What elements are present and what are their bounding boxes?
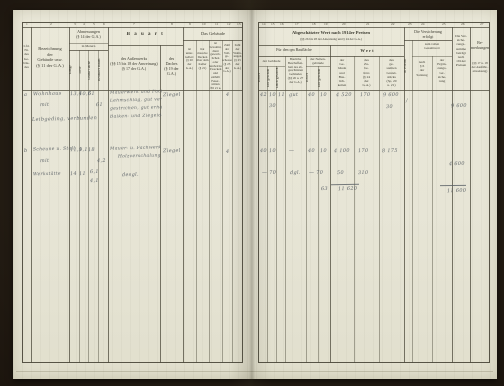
handwritten-entry: 10 — [320, 92, 327, 98]
grid-line — [258, 27, 490, 28]
scanned-ledger-screenshot: Lfd. Nr. des Ge- bäu- des Bezeichnung de… — [0, 0, 504, 386]
column-number: 13 — [237, 22, 241, 26]
header-qm-bauflaeche: Für den qm Baufläche — [258, 47, 330, 55]
handwritten-entry: 4 100 — [334, 148, 350, 154]
grid-line — [412, 56, 452, 57]
column-number: 12 — [227, 22, 231, 26]
grid-line — [318, 66, 319, 363]
header-bemerkungen: Be- merkungen — [470, 40, 490, 52]
grid-line — [285, 56, 286, 363]
column-number: 9 — [189, 22, 191, 26]
handwritten-entry: Ziegel — [163, 148, 181, 154]
grid-line — [258, 45, 404, 46]
handwritten-entry: a — [24, 92, 27, 98]
grid-line — [432, 56, 433, 363]
header-wert-group: W e r t — [330, 48, 404, 55]
header-gebaeude-col-1: ist unter- kellert (§ 20 der G.A.) — [183, 48, 196, 88]
column-number: 4 — [83, 22, 85, 26]
header-versicherung-col-2: der Ergän- zungs- ver- siche- rung — [432, 58, 452, 89]
header-lfd-nr: Lfd. Nr. des Ge- bäu- des — [22, 44, 31, 88]
column-number: 15 — [271, 22, 275, 26]
handwritten-entry: 170 — [360, 92, 371, 98]
grid-line — [276, 66, 277, 363]
column-number: 21 — [366, 22, 370, 26]
handwritten-entry: 9,1 — [79, 147, 88, 153]
column-number: 2 — [50, 22, 52, 26]
handwritten-entry: 4 520 — [336, 92, 352, 98]
header-bauart: B a u a r t — [108, 32, 183, 42]
handwritten-entry: 10 — [320, 148, 327, 154]
header-wert-ref: (§§ 26 bis 28 der Anweisung und § 24 der… — [258, 38, 404, 44]
handwritten-entry: 8 175 — [382, 148, 398, 154]
column-number: 7 — [133, 22, 135, 26]
handwritten-entry: desgl. — [122, 172, 139, 178]
handwritten-entry: Ziegel — [163, 92, 181, 98]
column-number: 3 — [74, 22, 76, 26]
handwritten-entry: 4 — [226, 92, 230, 98]
handwritten-entry: 10 — [269, 92, 276, 98]
handwritten-entry: 30 — [269, 103, 276, 109]
header-abmessungen: Abmessungen (§ 14 der G.A.) — [69, 29, 108, 43]
header-qm-dachgeschoss: Dach-geschoß — [276, 66, 285, 89]
header-gebaeude-col-4: Zahl der Voll- ge- schosse (§ 23 der G.A… — [222, 44, 232, 89]
handwritten-entry: ∕ — [406, 98, 408, 104]
column-number: 8 — [171, 22, 173, 26]
paper-stack-edge — [16, 371, 493, 372]
grid-line — [98, 50, 99, 363]
header-abmessungen-unit: in Metern — [69, 44, 108, 50]
column-number: 23 — [408, 22, 412, 26]
header-dach: des Daches (§ 19 der G.A.) — [160, 56, 183, 86]
handwritten-entry: 18 — [88, 147, 95, 153]
handwritten-entry: Wohnhaus — [33, 91, 62, 98]
handwritten-entry: 4 600 — [449, 161, 465, 167]
column-number: 25 — [442, 22, 446, 26]
header-bebauter-raum: Bebauter Raum — [98, 52, 108, 88]
grid-line — [183, 40, 243, 41]
handwritten-entry: b — [24, 148, 28, 154]
header-aussenwerk: des Außenwerks (§§ 15 bis 18 der Anweisu… — [109, 56, 159, 86]
header-tiefe: Tiefe — [79, 52, 88, 88]
header-wert-col-1: der Ge- bäude und Bau- lich- keiten — [330, 58, 354, 89]
handwritten-entry: — — [289, 148, 294, 154]
handwritten-entry: 4,1 — [90, 178, 99, 184]
column-number: 14 — [262, 22, 266, 26]
handwritten-entry: 11 620 — [338, 186, 357, 193]
grid-line — [258, 56, 404, 57]
handwritten-entry: 61 — [96, 102, 103, 108]
column-number: 26 — [461, 22, 465, 26]
grid-line — [267, 66, 268, 363]
header-versicherung-col-1: nach § 6 der Satzung — [412, 60, 432, 89]
handwritten-entry: mit — [40, 102, 49, 108]
handwritten-entry: 11 600 — [447, 188, 466, 195]
handwritten-entry: 310 — [358, 170, 369, 176]
handwritten-entry: 61 — [88, 91, 95, 97]
header-bemerkungen-ref: (§§ 17 u. 18 der Ausführ.- anweisung) — [470, 62, 490, 80]
grid-line — [22, 27, 243, 28]
header-versicherung: Die Versicherung erfolgt — [404, 29, 452, 40]
header-beschaffenheit: Bauliche Beschaffen- heit des ab- geschä… — [285, 58, 306, 89]
handwritten-entry: 9 600 — [451, 103, 467, 109]
grid-line — [306, 56, 307, 363]
column-number: 5 — [93, 22, 95, 26]
handwritten-entry: 63 — [321, 186, 328, 192]
handwritten-entry: 40 — [260, 148, 267, 154]
grid-line — [379, 56, 380, 363]
header-gebaeude-col-3: ist bewohnt, dient gewerb- lichen oder l… — [209, 42, 222, 89]
header-in-worten: in Worten — [404, 44, 412, 88]
column-number: 20 — [342, 22, 346, 26]
grid-line — [404, 40, 452, 41]
column-number: 19 — [324, 22, 328, 26]
handwritten-entry: — 70 — [309, 170, 323, 176]
column-number: 6 — [103, 22, 105, 26]
column-number: 22 — [391, 22, 395, 26]
column-number: 17 — [295, 22, 299, 26]
header-grundflaeche: Grund-fläche — [88, 52, 98, 88]
header-wert-col-2: des Zu- be- hörs (§ 24 der G.A.) — [354, 58, 379, 89]
handwritten-entry: 6,1 — [90, 169, 99, 175]
header-qm-erdgeschoss: Erd-geschoß — [267, 66, 276, 89]
handwritten-entry: 30 — [386, 104, 393, 110]
header-neben-erdgeschoss: Erd-geschoß — [318, 66, 330, 89]
column-number: 16 — [280, 22, 284, 26]
header-qm-gebaeude-group: der Gebäude — [258, 59, 285, 65]
handwritten-entry: 40 — [308, 148, 315, 154]
grid-line — [196, 40, 197, 363]
column-number: 24 — [421, 22, 425, 26]
column-number: 1 — [26, 22, 28, 26]
handwritten-entry: 14 — [70, 171, 77, 177]
handwritten-entry: 4,2 — [97, 158, 106, 164]
handwritten-entry: 170 — [358, 148, 369, 154]
handwritten-entry: 11 — [278, 92, 285, 98]
handwritten-entry: dgl. — [290, 170, 301, 176]
header-versicherungssumme: Die Ver- siche- rungs- summe beträgt nac… — [452, 34, 470, 88]
handwritten-entry: 4 — [226, 149, 230, 155]
handwritten-entry: Werkstätte — [33, 172, 61, 178]
handwritten-entry: gut — [289, 92, 298, 98]
header-das-gebaeude: Das Gebäude — [183, 31, 243, 39]
header-wert-col-3: des ge- samten Grund- stücks (Sp. 20 u. … — [379, 58, 404, 89]
column-number: 10 — [202, 22, 206, 26]
grid-line — [69, 50, 108, 51]
handwritten-entry: 10 — [269, 148, 276, 154]
column-number: 18 — [312, 22, 316, 26]
grid-line — [354, 56, 355, 363]
header-laenge: Länge — [69, 52, 79, 88]
handwritten-entry: 42 — [260, 92, 267, 98]
grid-line — [258, 90, 490, 91]
handwritten-entry: 40 — [308, 92, 315, 98]
header-nebengebaeude-group: der Neben- gebäude — [306, 57, 330, 66]
column-number: 27 — [480, 22, 484, 26]
header-versicherung-brace: zum vollen Gesamtwert — [412, 43, 452, 55]
header-qm-keller: Keller — [258, 66, 267, 89]
grid-line — [330, 45, 331, 363]
header-bezeichnung: Bezeichnung der Gebäude usw. (§ 11 der G… — [32, 46, 68, 88]
header-wert-title: Abgeschätzter Wert nach 1914er Preisen — [258, 30, 404, 37]
header-gebaeude-col-2: hat massive Decken über dem Keller (§ 21… — [196, 48, 209, 88]
handwritten-entry: 9 600 — [383, 92, 399, 98]
grid-line — [108, 45, 183, 46]
handwritten-entry: 11 — [79, 171, 86, 177]
header-gebaeude-col-5: Zahl der Wohn- ungen (§ 25 der G.A.) — [232, 44, 243, 89]
header-neben-keller: Keller — [306, 66, 318, 89]
handwritten-entry: 50 — [337, 170, 344, 176]
column-number: 11 — [215, 22, 218, 26]
handwritten-entry: mit — [40, 158, 49, 164]
handwritten-entry: — 70 — [262, 170, 276, 176]
